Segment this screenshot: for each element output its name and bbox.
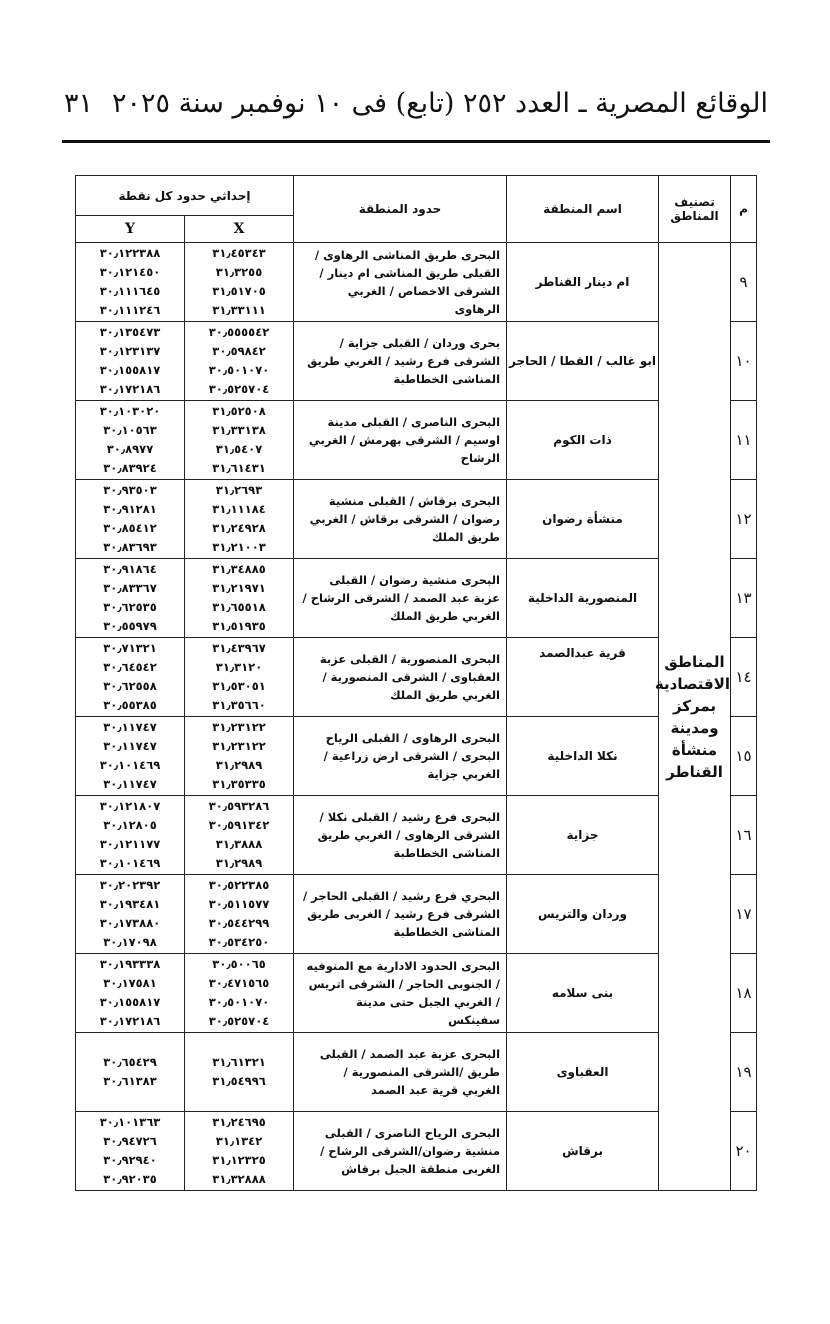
row-number: ١٨ <box>731 954 757 1033</box>
y-value: ٣٠٫٩١٨٦٤ <box>76 560 184 579</box>
x-value: ٣١٫٢٣١٢٢ <box>185 718 293 737</box>
y-value: ٣٠٫٢٠٢٣٩٢ <box>76 876 184 895</box>
x-value: ٣١٫٢٩٨٩ <box>185 756 293 775</box>
x-value: ٣١٫٣٢٨٨٨ <box>185 1170 293 1189</box>
table-row: ١٨بنى سلامهالبحرى الحدود الادارية مع الم… <box>76 954 757 1033</box>
row-number: ١٢ <box>731 480 757 559</box>
x-value: ٣١٫٢١٩٧١ <box>185 579 293 598</box>
x-value: ٣١٫٦٥٥١٨ <box>185 598 293 617</box>
x-value: ٣٠٫٥٢٢٣٨٥ <box>185 876 293 895</box>
x-value: ٣١٫٢٩٨٩ <box>185 854 293 873</box>
row-number: ١٠ <box>731 322 757 401</box>
x-value: ٣٠٫٥٢٥٧٠٤ <box>185 1012 293 1031</box>
y-coordinates: ٣٠٫١٢١٨٠٧٣٠٫١٢٨٠٥٣٠٫١٢١١٧٧٣٠٫١٠١٤٦٩ <box>76 796 185 875</box>
zone-name: ام دينار القناطر <box>507 243 659 322</box>
y-value: ٣٠٫١٢٨٠٥ <box>76 816 184 835</box>
zone-name: المنصورية الداخلية <box>507 559 659 638</box>
x-value: ٣٠٫٥٠٠٦٥ <box>185 955 293 974</box>
y-value: ٣٠٫١٥٥٨١٧ <box>76 993 184 1012</box>
x-value: ٣١٫٥١٧٠٥ <box>185 282 293 301</box>
x-value: ٣٠٫٥٠١٠٧٠ <box>185 361 293 380</box>
x-value: ٣١٫١٣٤٢ <box>185 1132 293 1151</box>
table-row: ٩المناطق الاقتصادية بمركز ومدينة منشأة ا… <box>76 243 757 322</box>
y-value: ٣٠٫٦٢٥٣٥ <box>76 598 184 617</box>
row-number: ١٥ <box>731 717 757 796</box>
table-row: ١٢منشأة رضوانالبحرى برقاش / القبلى منشية… <box>76 480 757 559</box>
table-row: ٢٠برقاشالبحرى الرياح الناصرى / القبلى من… <box>76 1112 757 1191</box>
economic-zones-table: م تصنيف المناطق اسم المنطقة حدود المنطقة… <box>75 175 757 1191</box>
row-number: ١٧ <box>731 875 757 954</box>
y-coordinates: ٣٠٫٩١٨٦٤٣٠٫٨٣٣٦٧٣٠٫٦٢٥٣٥٣٠٫٥٥٩٧٩ <box>76 559 185 638</box>
table-row: ١٥نكلا الداخليةالبحرى الرهاوى / القبلى ا… <box>76 717 757 796</box>
y-value: ٣٠٫١٥٥٨١٧ <box>76 361 184 380</box>
column-header-classification: تصنيف المناطق <box>659 176 731 243</box>
x-value: ٣١٫٥٣٠٥١ <box>185 677 293 696</box>
zone-name: برقاش <box>507 1112 659 1191</box>
y-value: ٣٠٫١٧٠٩٨ <box>76 933 184 952</box>
x-value: ٣٠٫٥٩١٣٤٢ <box>185 816 293 835</box>
y-coordinates: ٣٠٫٩٣٥٠٣٣٠٫٩١٢٨١٣٠٫٨٥٤١٢٣٠٫٨٣٦٩٣ <box>76 480 185 559</box>
y-value: ٣٠٫٨٣٦٩٣ <box>76 538 184 557</box>
x-coordinates: ٣١٫٤٥٣٤٣٣١٫٣٢٥٥٣١٫٥١٧٠٥٣١٫٣٣١١١ <box>185 243 294 322</box>
zone-boundaries: البحرى عزبة عبد الصمد / القبلى طريق /الش… <box>294 1033 507 1112</box>
y-coordinates: ٣٠٫١٣٥٤٧٣٣٠٫١٢٣١٣٧٣٠٫١٥٥٨١٧٣٠٫١٧٢١٨٦ <box>76 322 185 401</box>
column-header-number: م <box>731 176 757 243</box>
gazette-title: الوقائع المصرية ـ العدد ٢٥٢ (تابع) فى ١٠… <box>112 88 768 119</box>
zone-boundaries: البحرى منشية رضوان / القبلى عزبة عبد الص… <box>294 559 507 638</box>
y-value: ٣٠٫٩١٢٨١ <box>76 500 184 519</box>
y-value: ٣٠٫١٧٢١٨٦ <box>76 1012 184 1031</box>
y-value: ٣٠٫١١٧٤٧ <box>76 718 184 737</box>
x-value: ٣٠٫٥٢٥٧٠٤ <box>185 380 293 399</box>
zone-name: العقباوى <box>507 1033 659 1112</box>
x-value: ٣١٫٣٥٦٦٠ <box>185 696 293 715</box>
y-value: ٣٠٫١٩٣٤٨١ <box>76 895 184 914</box>
y-value: ٣٠٫١٢١٨٠٧ <box>76 797 184 816</box>
y-value: ٣٠٫١٠١٤٦٩ <box>76 756 184 775</box>
table-row: ١٧وردان والتريسالبحري فرع رشيد / القبلى … <box>76 875 757 954</box>
zone-name: جزاية <box>507 796 659 875</box>
y-value: ٣٠٫١١٧٤٧ <box>76 775 184 794</box>
row-number: ١٣ <box>731 559 757 638</box>
zone-boundaries: البحرى الناصرى / القبلى مدينة اوسيم / ال… <box>294 401 507 480</box>
x-coordinates: ٣٠٫٥٩٣٢٨٦٣٠٫٥٩١٣٤٢٣١٫٣٨٨٨٣١٫٢٩٨٩ <box>185 796 294 875</box>
x-value: ٣١٫٢٤٩٢٨ <box>185 519 293 538</box>
x-value: ٣١٫٥٢٥٠٨ <box>185 402 293 421</box>
table-row: ١١ذات الكومالبحرى الناصرى / القبلى مدينة… <box>76 401 757 480</box>
y-value: ٣٠٫١١١٦٤٥ <box>76 282 184 301</box>
x-value: ٣٠٫٥٩٣٢٨٦ <box>185 797 293 816</box>
zone-classification: المناطق الاقتصادية بمركز ومدينة منشأة ال… <box>659 243 731 1191</box>
row-number: ١٦ <box>731 796 757 875</box>
y-value: ٣٠٫٧١٣٢١ <box>76 639 184 658</box>
zone-name: قرية عبدالصمد <box>507 638 659 717</box>
zone-boundaries: بحرى وردان / القبلى جزاية / الشرقى فرع ر… <box>294 322 507 401</box>
zone-name: ذات الكوم <box>507 401 659 480</box>
x-coordinates: ٣٠٫٥٠٠٦٥٣٠٫٤٧١٥٦٥٣٠٫٥٠١٠٧٠٣٠٫٥٢٥٧٠٤ <box>185 954 294 1033</box>
zone-boundaries: البحرى المنصورية / القبلى عزبة العقباوى … <box>294 638 507 717</box>
page-header: الوقائع المصرية ـ العدد ٢٥٢ (تابع) فى ١٠… <box>62 88 768 128</box>
row-number: ٢٠ <box>731 1112 757 1191</box>
x-coordinates: ٣١٫٢٤٦٩٥٣١٫١٣٤٢٣١٫١٢٣٢٥٣١٫٣٢٨٨٨ <box>185 1112 294 1191</box>
y-coordinates: ٣٠٫١٩٣٣٣٨٣٠٫١٧٥٨١٣٠٫١٥٥٨١٧٣٠٫١٧٢١٨٦ <box>76 954 185 1033</box>
x-value: ٣١٫٣٣١٣٨ <box>185 421 293 440</box>
x-value: ٣٠٫٥١١٥٧٧ <box>185 895 293 914</box>
column-header-boundaries: حدود المنطقة <box>294 176 507 243</box>
x-value: ٣١٫٥٤٩٩٦ <box>185 1072 293 1091</box>
y-value: ٣٠٫١٠٣٠٢٠ <box>76 402 184 421</box>
x-value: ٣١٫٢٦٩٣ <box>185 481 293 500</box>
y-value: ٣٠٫١٢١٤٥٠ <box>76 263 184 282</box>
x-value: ٣١٫٥١٩٣٥ <box>185 617 293 636</box>
y-value: ٣٠٫١٩٣٣٣٨ <box>76 955 184 974</box>
table-body: ٩المناطق الاقتصادية بمركز ومدينة منشأة ا… <box>76 243 757 1191</box>
x-value: ٣١٫٢٤٦٩٥ <box>185 1113 293 1132</box>
zone-boundaries: البحرى طريق المناشى الرهاوى / القبلى طري… <box>294 243 507 322</box>
y-coordinates: ٣٠٫٢٠٢٣٩٢٣٠٫١٩٣٤٨١٣٠٫١٧٣٨٨٠٣٠٫١٧٠٩٨ <box>76 875 185 954</box>
x-value: ٣٠٫٥٤٤٢٩٩ <box>185 914 293 933</box>
y-value: ٣٠٫١٢١١٧٧ <box>76 835 184 854</box>
x-value: ٣١٫٣٨٨٨ <box>185 835 293 854</box>
x-value: ٣١٫١٢٣٢٥ <box>185 1151 293 1170</box>
x-coordinates: ٣٠٫٥٢٢٣٨٥٣٠٫٥١١٥٧٧٣٠٫٥٤٤٢٩٩٣٠٫٥٣٤٢٥٠ <box>185 875 294 954</box>
x-coordinates: ٣١٫٤٣٩٦٧٣١٫٣١٢٠٣١٫٥٣٠٥١٣١٫٣٥٦٦٠ <box>185 638 294 717</box>
x-coordinates: ٣١٫٥٢٥٠٨٣١٫٣٣١٣٨٣١٫٥٤٠٧٣١٫٦١٤٣١ <box>185 401 294 480</box>
zone-boundaries: البحرى الرهاوى / القبلى الرياح البحرى / … <box>294 717 507 796</box>
y-coordinates: ٣٠٫١٠٣٠٢٠٣٠٫١٠٥٦٣٣٠٫٨٩٧٧٣٠٫٨٣٩٢٤ <box>76 401 185 480</box>
x-value: ٣١٫٤٣٩٦٧ <box>185 639 293 658</box>
row-number: ٩ <box>731 243 757 322</box>
zone-boundaries: البحرى فرع رشيد / القبلى نكلا / الشرقى ا… <box>294 796 507 875</box>
row-number: ١٩ <box>731 1033 757 1112</box>
zone-name: منشأة رضوان <box>507 480 659 559</box>
x-coordinates: ٣١٫٦١٣٢١٣١٫٥٤٩٩٦ <box>185 1033 294 1112</box>
table-row: ١٩العقباوىالبحرى عزبة عبد الصمد / القبلى… <box>76 1033 757 1112</box>
y-value: ٣٠٫١٢٣١٣٧ <box>76 342 184 361</box>
y-value: ٣٠٫٦٥٤٢٩ <box>76 1053 184 1072</box>
table-row: ١٠ابو غالب / القطا / الحاجربحرى وردان / … <box>76 322 757 401</box>
y-value: ٣٠٫٨٣٣٦٧ <box>76 579 184 598</box>
x-coordinates: ٣١٫٣٤٨٨٥٣١٫٢١٩٧١٣١٫٦٥٥١٨٣١٫٥١٩٣٥ <box>185 559 294 638</box>
x-coordinates: ٣٠٫٥٥٥٥٤٢٣٠٫٥٩٨٤٢٣٠٫٥٠١٠٧٠٣٠٫٥٢٥٧٠٤ <box>185 322 294 401</box>
y-value: ٣٠٫٩٢٩٤٠ <box>76 1151 184 1170</box>
y-value: ٣٠٫١١٧٤٧ <box>76 737 184 756</box>
y-value: ٣٠٫١٠١٣٦٣ <box>76 1113 184 1132</box>
x-value: ٣١٫٥٤٠٧ <box>185 440 293 459</box>
column-header-coordinates: إحداثي حدود كل نقطة <box>76 176 294 216</box>
y-value: ٣٠٫٨٩٧٧ <box>76 440 184 459</box>
table-row: ١٣المنصورية الداخليةالبحرى منشية رضوان /… <box>76 559 757 638</box>
y-value: ٣٠٫٩٢٠٣٥ <box>76 1170 184 1189</box>
column-header-zone-name: اسم المنطقة <box>507 176 659 243</box>
page-number: ٣١ <box>64 88 93 119</box>
x-value: ٣١٫٦١٤٣١ <box>185 459 293 478</box>
zone-boundaries: البحرى الحدود الادارية مع المنوفيه / الج… <box>294 954 507 1033</box>
y-value: ٣٠٫٨٥٤١٢ <box>76 519 184 538</box>
y-value: ٣٠٫١٧٢١٨٦ <box>76 380 184 399</box>
y-coordinates: ٣٠٫١١٧٤٧٣٠٫١١٧٤٧٣٠٫١٠١٤٦٩٣٠٫١١٧٤٧ <box>76 717 185 796</box>
x-value: ٣١٫٣٤٨٨٥ <box>185 560 293 579</box>
x-value: ٣١٫٢٣١٢٢ <box>185 737 293 756</box>
x-value: ٣١٫٣٣١١١ <box>185 301 293 320</box>
y-coordinates: ٣٠٫١٢٢٣٨٨٣٠٫١٢١٤٥٠٣٠٫١١١٦٤٥٣٠٫١١١٢٤٦ <box>76 243 185 322</box>
y-coordinates: ٣٠٫١٠١٣٦٣٣٠٫٩٤٧٢٦٣٠٫٩٢٩٤٠٣٠٫٩٢٠٣٥ <box>76 1112 185 1191</box>
y-value: ٣٠٫٨٣٩٢٤ <box>76 459 184 478</box>
zone-name: ابو غالب / القطا / الحاجر <box>507 322 659 401</box>
zone-name: بنى سلامه <box>507 954 659 1033</box>
row-number: ١٤ <box>731 638 757 717</box>
zone-boundaries: البحري فرع رشيد / القبلى الحاجر / الشرقى… <box>294 875 507 954</box>
y-value: ٣٠٫١٠١٤٦٩ <box>76 854 184 873</box>
column-header-y: Y <box>76 216 185 243</box>
x-value: ٣١٫٦١٣٢١ <box>185 1053 293 1072</box>
y-value: ٣٠٫١٣٥٤٧٣ <box>76 323 184 342</box>
zone-name: وردان والتريس <box>507 875 659 954</box>
x-coordinates: ٣١٫٢٣١٢٢٣١٫٢٣١٢٢٣١٫٢٩٨٩٣١٫٣٥٣٣٥ <box>185 717 294 796</box>
row-number: ١١ <box>731 401 757 480</box>
y-value: ٣٠٫١١١٢٤٦ <box>76 301 184 320</box>
x-value: ٣١٫١١١٨٤ <box>185 500 293 519</box>
x-value: ٣١٫٤٥٣٤٣ <box>185 244 293 263</box>
y-value: ٣٠٫٩٤٧٢٦ <box>76 1132 184 1151</box>
y-value: ٣٠٫٥٥٩٧٩ <box>76 617 184 636</box>
x-value: ٣١٫٣١٢٠ <box>185 658 293 677</box>
header-divider <box>62 140 770 143</box>
y-value: ٣٠٫١٢٢٣٨٨ <box>76 244 184 263</box>
x-value: ٣٠٫٥٥٥٥٤٢ <box>185 323 293 342</box>
column-header-x: X <box>185 216 294 243</box>
x-value: ٣٠٫٤٧١٥٦٥ <box>185 974 293 993</box>
y-value: ٣٠٫١٠٥٦٣ <box>76 421 184 440</box>
x-value: ٣١٫٣٥٣٣٥ <box>185 775 293 794</box>
x-value: ٣١٫٢١٠٠٣ <box>185 538 293 557</box>
y-value: ٣٠٫٩٣٥٠٣ <box>76 481 184 500</box>
table-row: ١٦جزايةالبحرى فرع رشيد / القبلى نكلا / ا… <box>76 796 757 875</box>
y-value: ٣٠٫١٧٥٨١ <box>76 974 184 993</box>
y-value: ٣٠٫٦٢٥٥٨ <box>76 677 184 696</box>
y-coordinates: ٣٠٫٧١٣٢١٣٠٫٦٤٥٤٢٣٠٫٦٢٥٥٨٣٠٫٥٥٣٨٥ <box>76 638 185 717</box>
x-value: ٣٠٫٥٠١٠٧٠ <box>185 993 293 1012</box>
zone-boundaries: البحرى برقاش / القبلى منشية رضوان / الشر… <box>294 480 507 559</box>
x-coordinates: ٣١٫٢٦٩٣٣١٫١١١٨٤٣١٫٢٤٩٢٨٣١٫٢١٠٠٣ <box>185 480 294 559</box>
zone-name: نكلا الداخلية <box>507 717 659 796</box>
y-value: ٣٠٫١٧٣٨٨٠ <box>76 914 184 933</box>
x-value: ٣٠٫٥٩٨٤٢ <box>185 342 293 361</box>
zone-boundaries: البحرى الرياح الناصرى / القبلى منشية رضو… <box>294 1112 507 1191</box>
x-value: ٣٠٫٥٣٤٢٥٠ <box>185 933 293 952</box>
y-value: ٣٠٫٦١٣٨٣ <box>76 1072 184 1091</box>
y-coordinates: ٣٠٫٦٥٤٢٩٣٠٫٦١٣٨٣ <box>76 1033 185 1112</box>
x-value: ٣١٫٣٢٥٥ <box>185 263 293 282</box>
y-value: ٣٠٫٦٤٥٤٢ <box>76 658 184 677</box>
y-value: ٣٠٫٥٥٣٨٥ <box>76 696 184 715</box>
